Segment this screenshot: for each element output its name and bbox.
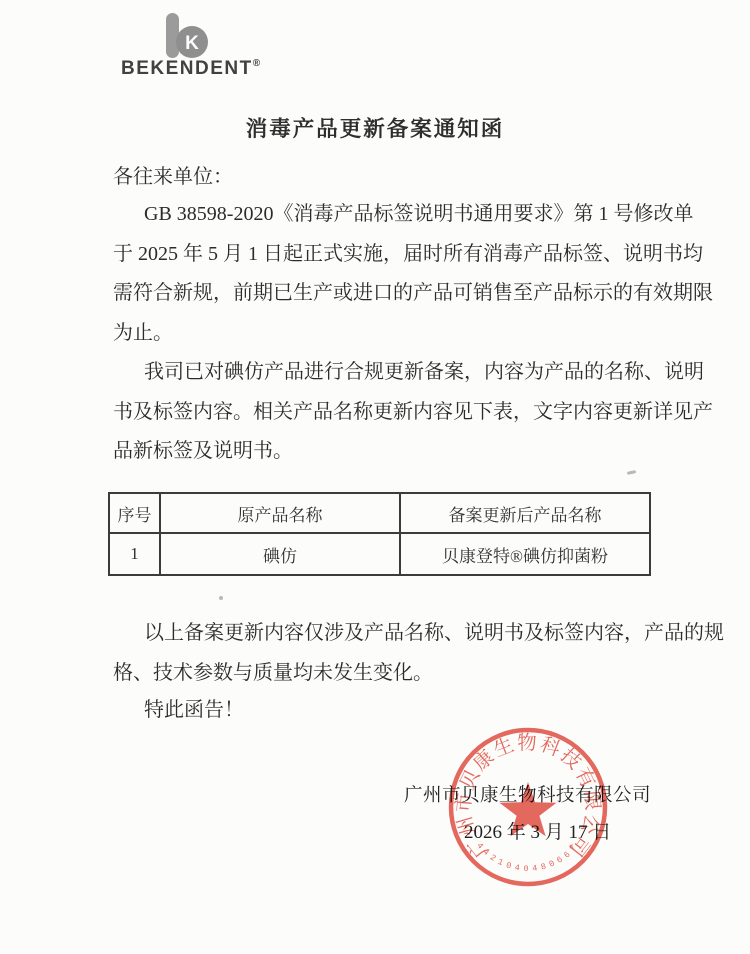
paragraph2-line: 品新标签及说明书。 xyxy=(113,432,658,472)
body-paragraphs: GB 38598-2020《消毒产品标签说明书通用要求》第 1 号修改单 于 2… xyxy=(113,195,658,472)
closing-line: 以上备案更新内容仅涉及产品名称、说明书及标签内容，产品的规 xyxy=(113,614,658,654)
paragraph1-line: GB 38598-2020《消毒产品标签说明书通用要求》第 1 号修改单 xyxy=(113,195,658,235)
cell-new-name: 贝康登特®碘仿抑菌粉 xyxy=(400,533,650,575)
header-old-name: 原产品名称 xyxy=(160,493,400,533)
bekendent-logo-icon: K xyxy=(163,12,211,60)
table-row: 1 碘仿 贝康登特®碘仿抑菌粉 xyxy=(109,533,650,575)
brand-wordmark: BEKENDENT® xyxy=(121,58,260,80)
paragraph1-line: 于 2025 年 5 月 1 日起正式实施，届时所有消毒产品标签、说明书均 xyxy=(113,235,658,275)
paragraph2-line: 我司已对碘仿产品进行合规更新备案，内容为产品的名称、说明 xyxy=(113,353,658,393)
closing-line: 格、技术参数与质量均未发生变化。 xyxy=(113,654,658,694)
company-seal-stamp: 广州市贝康生物科技有限公司 4421040480667 xyxy=(423,702,633,912)
seal-star-icon xyxy=(499,782,556,836)
header-new-name: 备案更新后产品名称 xyxy=(400,493,650,533)
monogram-k: K xyxy=(185,33,199,54)
salutation: 各往来单位： xyxy=(113,160,233,189)
paragraph1-line: 为止。 xyxy=(113,314,658,354)
product-rename-table: 序号 原产品名称 备案更新后产品名称 1 碘仿 贝康登特®碘仿抑菌粉 xyxy=(108,492,651,576)
registered-mark: ® xyxy=(253,58,260,69)
document-title: 消毒产品更新备案通知函 xyxy=(0,112,750,143)
scan-speck xyxy=(219,596,223,600)
cell-serial: 1 xyxy=(109,533,160,575)
scan-speck xyxy=(627,470,636,475)
scanned-notice-page: K BEKENDENT® 消毒产品更新备案通知函 各往来单位： GB 38598… xyxy=(0,0,750,954)
cell-old-name: 碘仿 xyxy=(160,533,400,575)
header-serial: 序号 xyxy=(109,493,160,533)
closing-paragraph: 以上备案更新内容仅涉及产品名称、说明书及标签内容，产品的规 格、技术参数与质量均… xyxy=(113,614,658,693)
table-header-row: 序号 原产品名称 备案更新后产品名称 xyxy=(109,493,650,533)
paragraph2-line: 书及标签内容。相关产品名称更新内容见下表，文字内容更新详见产 xyxy=(113,393,658,433)
paragraph1-line: 需符合新规，前期已生产或进口的产品可销售至产品标示的有效期限 xyxy=(113,274,658,314)
